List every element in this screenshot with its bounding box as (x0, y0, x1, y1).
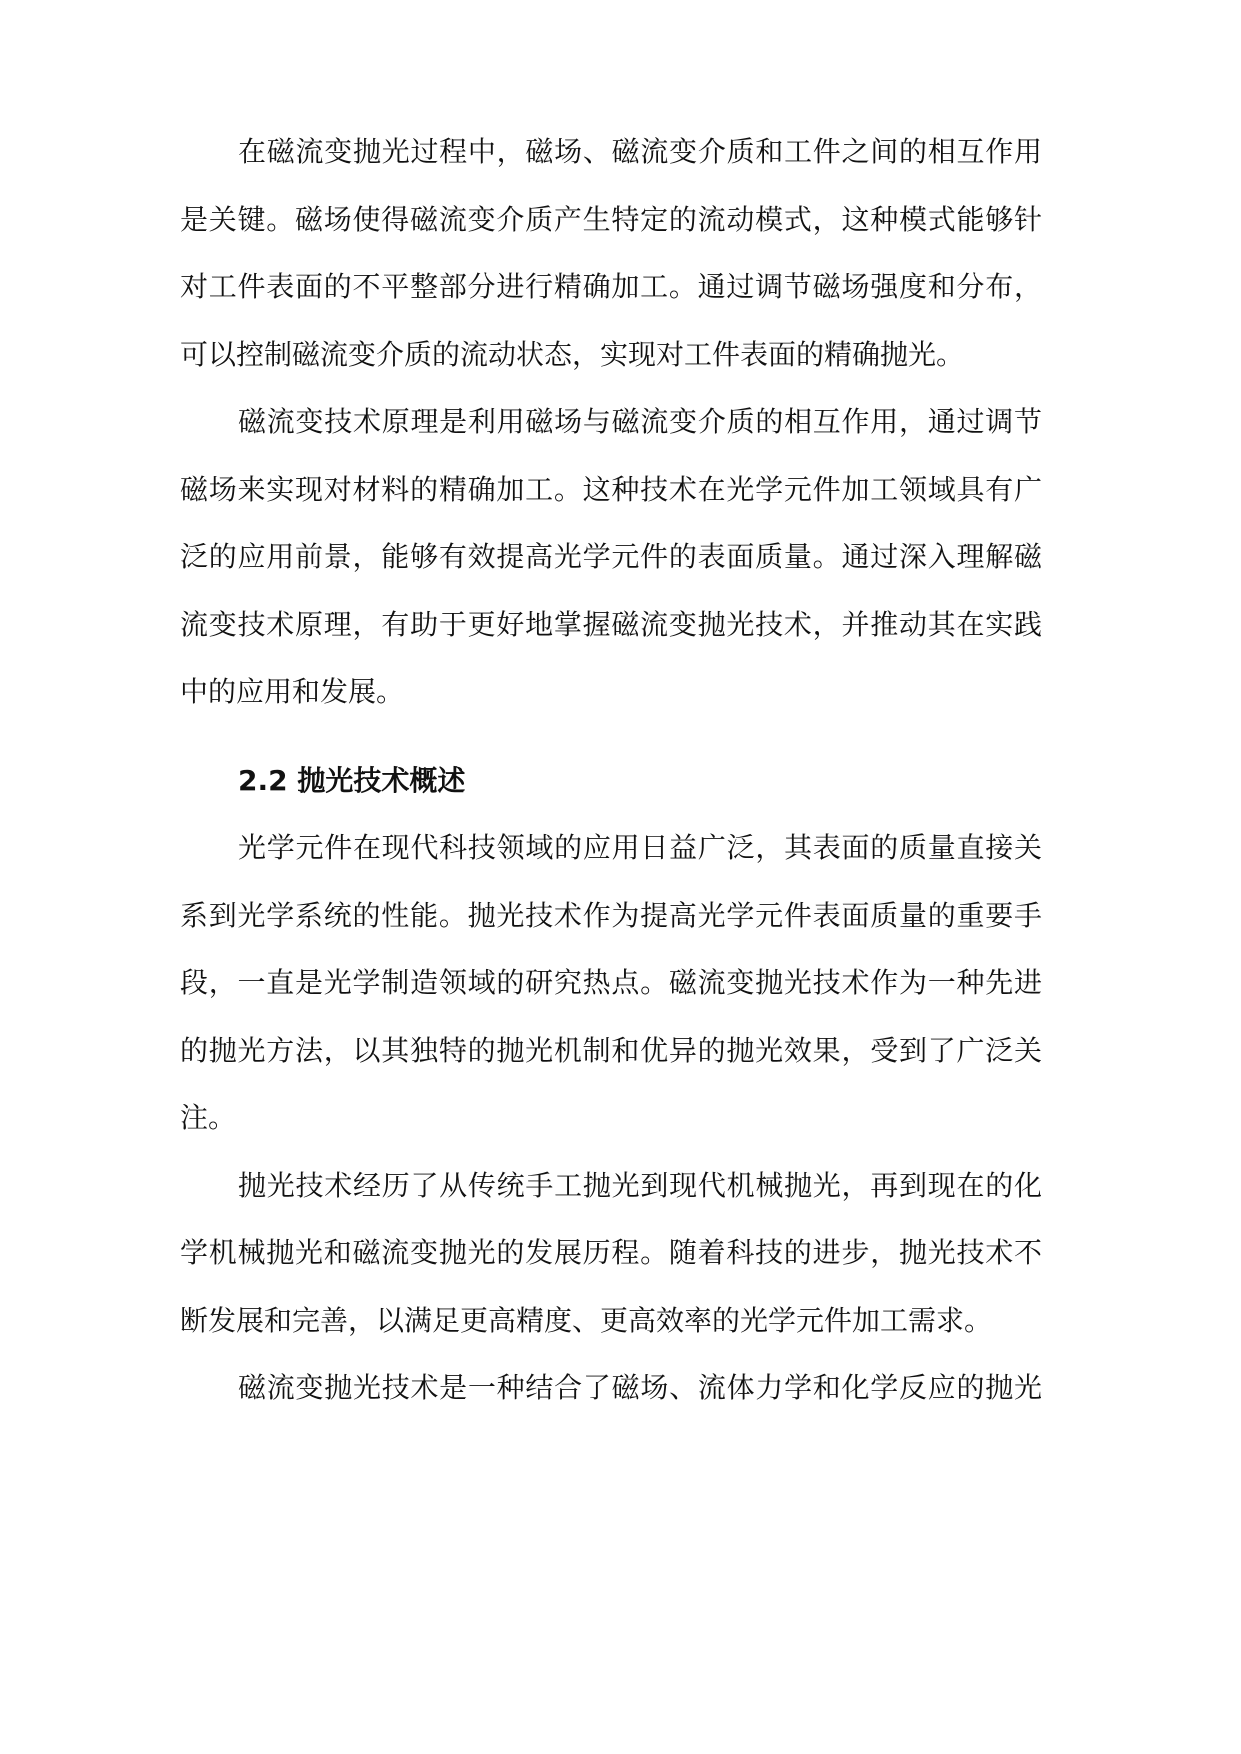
document-page: 在磁流变抛光过程中，磁场、磁流变介质和工件之间的相互作用 是关键。磁场使得磁流变… (180, 118, 1042, 1422)
text-line: 的抛光方法，以其独特的抛光机制和优异的抛光效果，受到了广泛关 (180, 1017, 1042, 1085)
text-line: 中的应用和发展。 (180, 658, 1042, 726)
text-line: 光学元件在现代科技领域的应用日益广泛，其表面的质量直接关 (180, 814, 1042, 882)
text-line: 注。 (180, 1084, 1042, 1152)
text-line: 断发展和完善，以满足更高精度、更高效率的光学元件加工需求。 (180, 1287, 1042, 1355)
text-line: 磁流变抛光技术是一种结合了磁场、流体力学和化学反应的抛光 (180, 1354, 1042, 1422)
text-line: 泛的应用前景，能够有效提高光学元件的表面质量。通过深入理解磁 (180, 523, 1042, 591)
text-line: 磁场来实现对材料的精确加工。这种技术在光学元件加工领域具有广 (180, 456, 1042, 524)
text-line: 可以控制磁流变介质的流动状态，实现对工件表面的精确抛光。 (180, 321, 1042, 389)
text-line: 抛光技术经历了从传统手工抛光到现代机械抛光，再到现在的化 (180, 1152, 1042, 1220)
paragraph-polishing-overview: 光学元件在现代科技领域的应用日益广泛，其表面的质量直接关 系到光学系统的性能。抛… (180, 814, 1042, 1152)
paragraph-mr-polishing-interaction: 在磁流变抛光过程中，磁场、磁流变介质和工件之间的相互作用 是关键。磁场使得磁流变… (180, 118, 1042, 388)
text-line: 磁流变技术原理是利用磁场与磁流变介质的相互作用，通过调节 (180, 388, 1042, 456)
text-line: 系到光学系统的性能。抛光技术作为提高光学元件表面质量的重要手 (180, 882, 1042, 950)
text-line: 在磁流变抛光过程中，磁场、磁流变介质和工件之间的相互作用 (180, 118, 1042, 186)
text-line: 段，一直是光学制造领域的研究热点。磁流变抛光技术作为一种先进 (180, 949, 1042, 1017)
text-line: 是关键。磁场使得磁流变介质产生特定的流动模式，这种模式能够针 (180, 186, 1042, 254)
section-spacer (180, 726, 1042, 747)
paragraph-polishing-history: 抛光技术经历了从传统手工抛光到现代机械抛光，再到现在的化 学机械抛光和磁流变抛光… (180, 1152, 1042, 1355)
text-line: 学机械抛光和磁流变抛光的发展历程。随着科技的进步，抛光技术不 (180, 1219, 1042, 1287)
section-heading: 2.2 抛光技术概述 (180, 747, 1042, 815)
text-line: 对工件表面的不平整部分进行精确加工。通过调节磁场强度和分布， (180, 253, 1042, 321)
text-line: 流变技术原理，有助于更好地掌握磁流变抛光技术，并推动其在实践 (180, 591, 1042, 659)
paragraph-mr-polishing-definition: 磁流变抛光技术是一种结合了磁场、流体力学和化学反应的抛光 (180, 1354, 1042, 1422)
paragraph-mr-principle: 磁流变技术原理是利用磁场与磁流变介质的相互作用，通过调节 磁场来实现对材料的精确… (180, 388, 1042, 726)
